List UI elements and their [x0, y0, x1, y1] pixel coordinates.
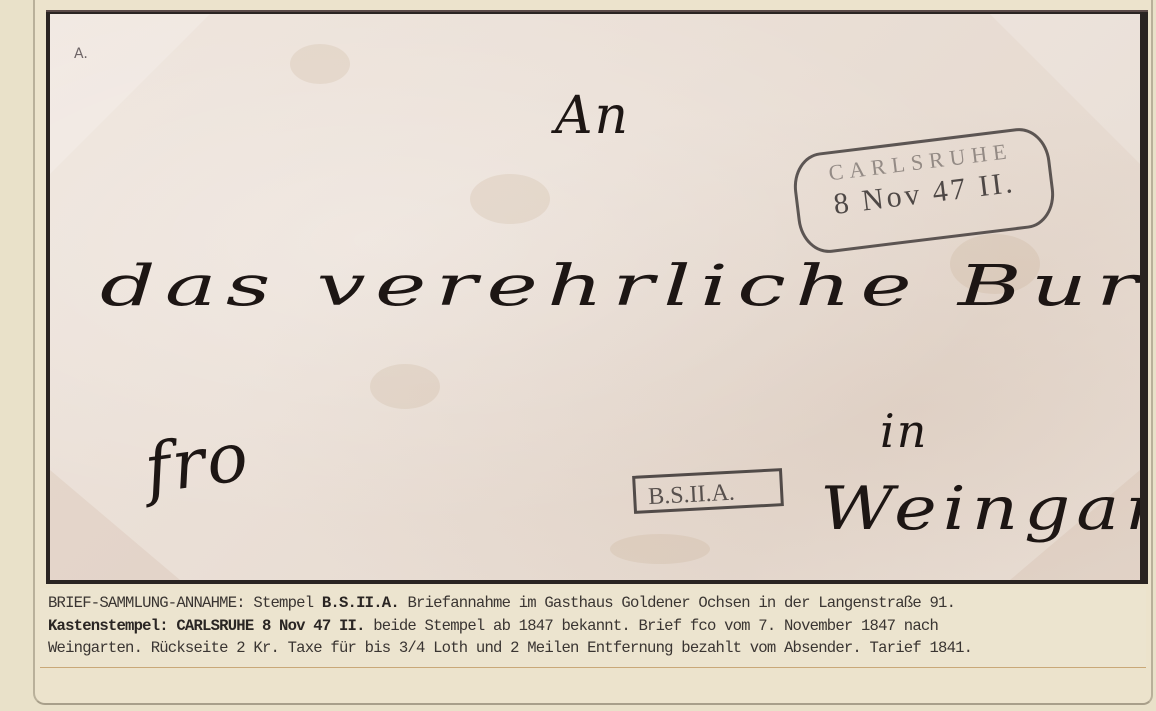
pencil-mark: A.	[74, 46, 88, 62]
salutation-handwriting: An	[555, 86, 630, 146]
caption-line-1: BRIEF-SAMMLUNG-ANNAHME: Stempel B.S.II.A…	[48, 592, 1146, 615]
caption-text: BRIEF-SAMMLUNG-ANNAHME: Stempel	[48, 594, 322, 612]
caption-text: beide Stempel ab 1847 bekannt. Brief fco…	[365, 617, 938, 635]
caption-line-2: Kastenstempel: CARLSRUHE 8 Nov 47 II. be…	[48, 615, 1146, 638]
fold-corner-top-left	[50, 14, 210, 174]
cover-letter: A. An das verehrliche Burgermeisteramt i…	[50, 14, 1140, 580]
preposition-handwriting: in	[880, 404, 928, 458]
foxing-spot	[290, 44, 350, 84]
foxing-spot	[370, 364, 440, 409]
collection-stamp-text: B.S.II.A.	[648, 480, 736, 511]
recipient-handwriting: das verehrliche Burgermeisteramt	[100, 254, 1140, 319]
franking-note-handwriting: fro	[140, 417, 255, 510]
caption-text: Briefannahme im Gasthaus Goldener Ochsen…	[399, 594, 955, 612]
foxing-spot	[470, 174, 550, 224]
foxing-spot	[610, 534, 710, 564]
caption-bold: B.S.II.A.	[322, 594, 399, 612]
caption-line-3: Weingarten. Rückseite 2 Kr. Taxe für bis…	[48, 637, 1146, 660]
caption-bold: Kastenstempel: CARLSRUHE 8 Nov 47 II.	[48, 617, 365, 635]
destination-handwriting: Weingarten	[820, 474, 1140, 544]
collection-office-stamp: B.S.II.A.	[632, 468, 784, 514]
description-caption: BRIEF-SAMMLUNG-ANNAHME: Stempel B.S.II.A…	[40, 588, 1146, 668]
box-postmark-stamp: CARLSRUHE 8 Nov 47 II.	[790, 125, 1058, 257]
